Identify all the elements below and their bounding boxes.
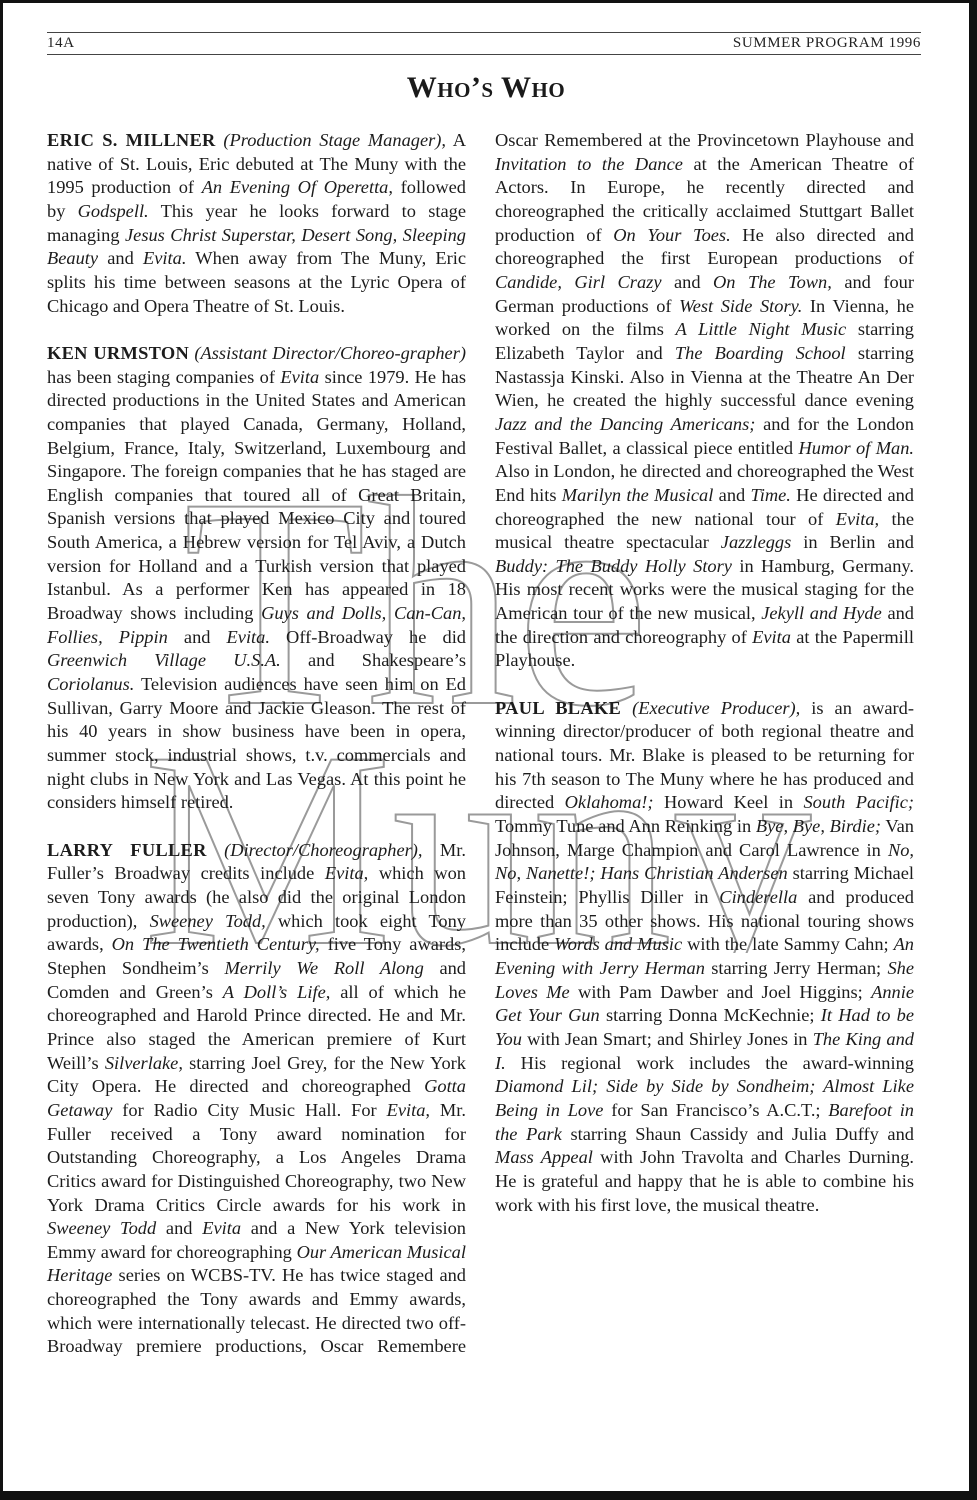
bio-text-run: with the late Sammy Cahn; xyxy=(682,934,893,954)
work-title: Buddy: The Buddy Holly Story xyxy=(495,556,732,576)
work-title: A Doll’s Life, xyxy=(223,982,331,1002)
bio-text: has been staging companies of Evita sinc… xyxy=(47,367,466,813)
bio-text: is an award-winning director/producer of… xyxy=(495,698,914,1215)
work-title: Evita xyxy=(752,627,791,647)
work-title: Evita. xyxy=(143,248,186,268)
work-title: Evita, xyxy=(836,509,879,529)
bio-text-run: Off-Broadway he did xyxy=(270,627,466,647)
work-title: Candide, Girl Crazy xyxy=(495,272,661,292)
bio-text-run: for San Francisco’s A.C.T.; xyxy=(603,1100,828,1120)
publication-title: SUMMER PROGRAM 1996 xyxy=(733,35,921,52)
bio-entry: LARRY FULLER (Director/Choreographer), M… xyxy=(47,839,466,1359)
work-title: Evita, xyxy=(325,863,368,883)
bio-text-run: at the Provincetown Playhouse and xyxy=(642,130,914,150)
work-title: Coriolanus. xyxy=(47,674,134,694)
bio-text-run: Oscar Remembere xyxy=(321,1336,466,1356)
work-title: Invitation to the Dance xyxy=(495,154,683,174)
work-title: On The Town, xyxy=(713,272,832,292)
work-title: Words and Music xyxy=(554,934,682,954)
work-title: On The Twentieth Century, xyxy=(112,934,320,954)
work-title: Merrily We Roll Along xyxy=(224,958,423,978)
bio-entry: PAUL BLAKE (Executive Producer), is an a… xyxy=(495,697,914,1217)
bio-text-run: and xyxy=(168,627,227,647)
work-title: An Evening Of Operetta, xyxy=(202,177,393,197)
bio-text-run: Tommy Tune and Ann Reinking in xyxy=(495,816,756,836)
work-title: Jazzleggs xyxy=(721,532,792,552)
work-title: Time. xyxy=(751,485,791,505)
work-title: South Pacific; xyxy=(803,792,914,812)
bio-text-run: and xyxy=(156,1218,202,1238)
work-title: Greenwich Village U.S.A. xyxy=(47,650,281,670)
bio-text-run: starring Shaun Cassidy and Julia Duffy a… xyxy=(562,1124,914,1144)
bio-name: LARRY FULLER xyxy=(47,840,207,860)
work-title: Mass Appeal xyxy=(495,1147,593,1167)
work-title: Bye, Bye, Birdie; xyxy=(756,816,881,836)
work-title: Godspell. xyxy=(78,201,149,221)
bio-text-run: Oscar Remembered xyxy=(495,130,642,150)
work-title: Marilyn the Musical xyxy=(562,485,714,505)
page-title: Who’s Who xyxy=(3,71,969,105)
work-title: West Side Story. xyxy=(679,296,802,316)
bio-text-run: His regional work includes the award-win… xyxy=(506,1053,914,1073)
bio-text-run: and Shakespeare’s xyxy=(281,650,466,670)
bio-role: (Assistant Director/Choreo-grapher) xyxy=(194,343,466,363)
work-title: Evita xyxy=(280,367,319,387)
work-title: Silverlake, xyxy=(105,1053,183,1073)
bio-text-run: with Pam Dawber and Joel Higgins; xyxy=(570,982,871,1002)
bio-text-run: since 1979. He has directed productions … xyxy=(47,367,466,624)
bio-text-run: and xyxy=(713,485,750,505)
work-title: Evita. xyxy=(227,627,270,647)
bio-text-run: Howard Keel in xyxy=(654,792,804,812)
work-title: Evita, xyxy=(387,1100,430,1120)
bio-text: Mr. Fuller’s Broadway credits include Ev… xyxy=(47,840,466,1357)
work-title: Jazz and the Dancing Americans; xyxy=(495,414,755,434)
work-title: Humor of Man. xyxy=(799,438,915,458)
work-title: The Boarding School xyxy=(675,343,846,363)
left-column: ERIC S. MILLNER (Production Stage Manage… xyxy=(47,129,466,1359)
work-title: Sweeney Todd, xyxy=(150,911,266,931)
work-title: Evita xyxy=(202,1218,241,1238)
bio-name: KEN URMSTON xyxy=(47,343,189,363)
bio-role: (Production Stage Manager), xyxy=(223,130,446,150)
bio-name: ERIC S. MILLNER xyxy=(47,130,216,150)
bio-text: A native of St. Louis, Eric debuted at T… xyxy=(47,130,466,316)
right-column: Oscar Remembered at the Provincetown Pla… xyxy=(495,129,914,1241)
bio-entry: KEN URMSTON (Assistant Director/Choreo-g… xyxy=(47,342,466,815)
bio-text-run: starring Donna McKechnie; xyxy=(600,1005,821,1025)
bio-name: PAUL BLAKE xyxy=(495,698,621,718)
page-number: 14A xyxy=(47,35,75,52)
bio-text-run: with Jean Smart; and Shirley Jones in xyxy=(522,1029,813,1049)
bio-text: Oscar Remembered at the Provincetown Pla… xyxy=(495,130,914,670)
work-title: Jekyll and Hyde xyxy=(761,603,882,623)
bio-role: (Director/Choreographer), xyxy=(224,840,422,860)
work-title: On Your Toes. xyxy=(613,225,730,245)
running-head: 14A SUMMER PROGRAM 1996 xyxy=(47,32,921,55)
bio-entry: ERIC S. MILLNER (Production Stage Manage… xyxy=(47,129,466,318)
work-title: A Little Night Music xyxy=(676,319,847,339)
bio-text-run: and xyxy=(98,248,143,268)
bio-text-run: starring Jerry Herman; xyxy=(705,958,888,978)
bio-entry-continued: Oscar Remembered at the Provincetown Pla… xyxy=(495,129,914,673)
bio-text-run: Television audiences have seen him on Ed… xyxy=(47,674,466,812)
program-page: 14A SUMMER PROGRAM 1996 Who’s Who The Mu… xyxy=(3,3,969,1491)
bio-text-run: and xyxy=(661,272,713,292)
bio-text-run: for Radio City Music Hall. For xyxy=(112,1100,386,1120)
bio-role: (Executive Producer), xyxy=(632,698,800,718)
bio-text-run: in Berlin and xyxy=(791,532,914,552)
bio-text-run: has been staging companies of xyxy=(47,367,280,387)
work-title: Sweeney Todd xyxy=(47,1218,156,1238)
work-title: Cinderella xyxy=(719,887,797,907)
work-title: Oklahoma!; xyxy=(565,792,654,812)
